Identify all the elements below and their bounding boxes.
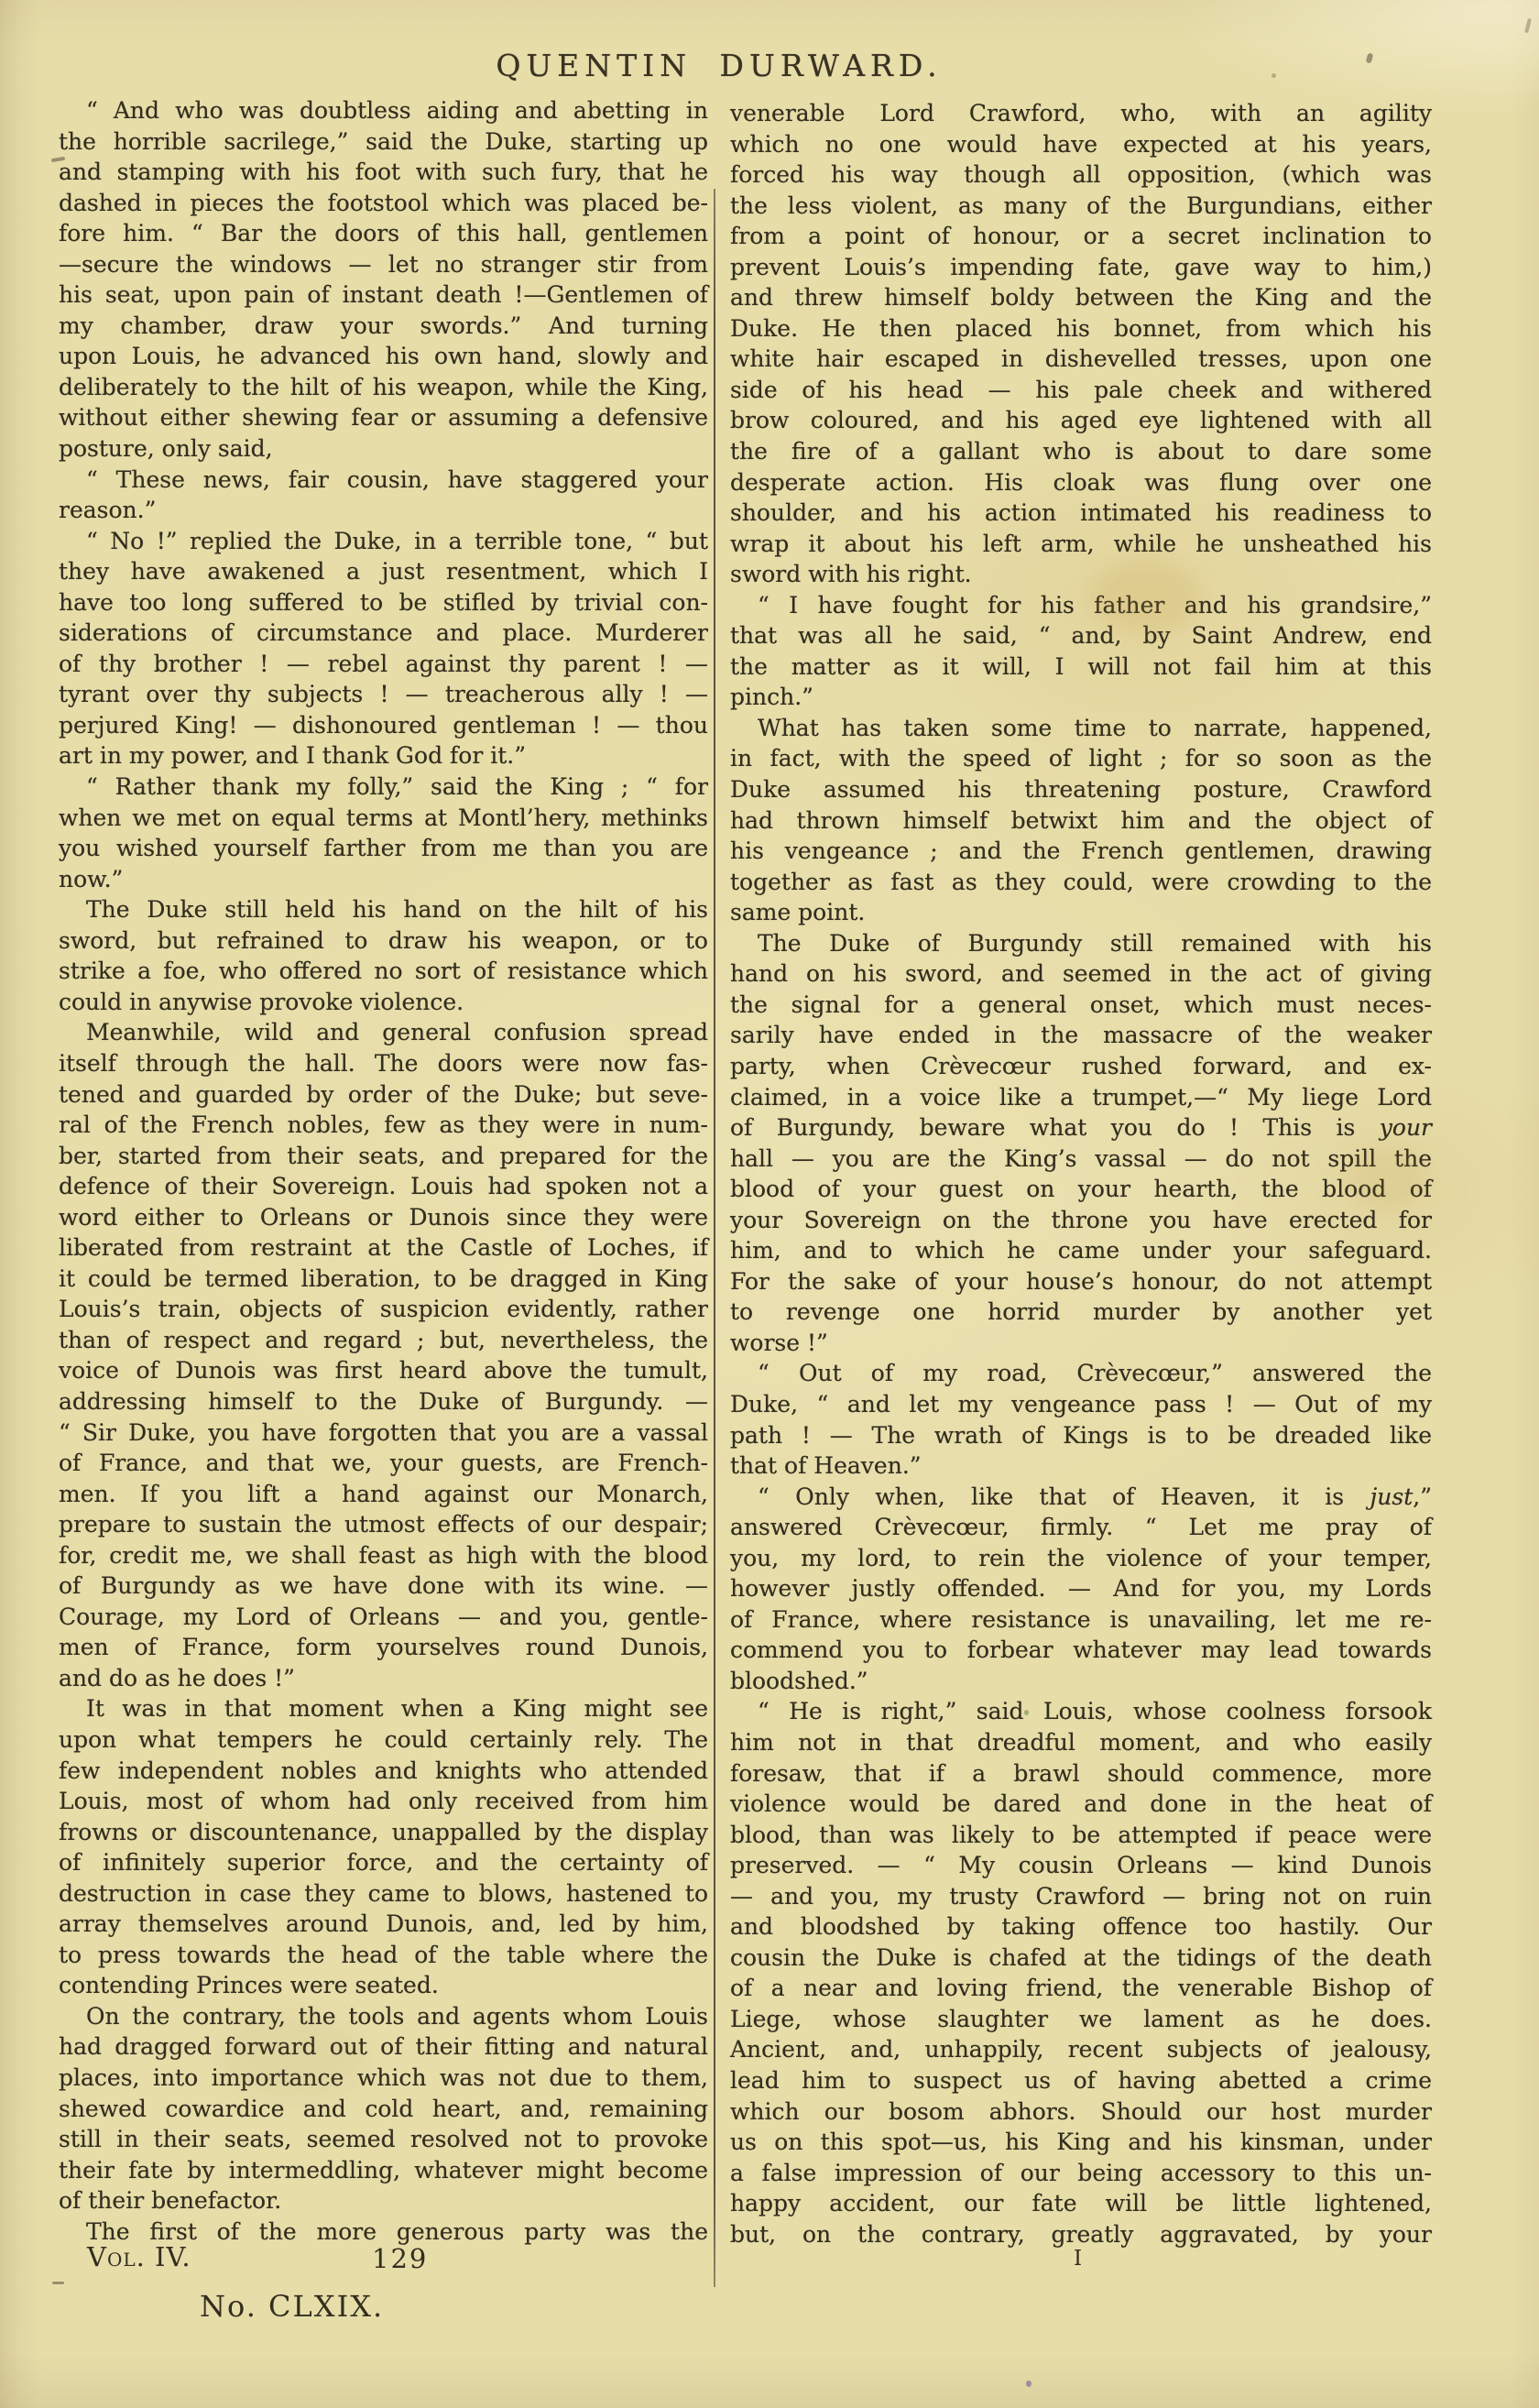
text-line: posture, only said, (59, 433, 708, 465)
text-line: commend you to forbear whatever may lead… (730, 1635, 1432, 1666)
text-line: art in my power, and I thank God for it.… (59, 740, 708, 772)
text-line: array themselves around Dunois, and, led… (59, 1909, 708, 1940)
text-line: had dragged forward out of their fitting… (59, 2031, 708, 2063)
text-line: his seat, upon pain of instant death !—G… (59, 279, 708, 311)
text-line: and stamping with his foot with such fur… (59, 157, 708, 188)
text-line: “ And who was doubtless aiding and abett… (59, 95, 708, 126)
text-line: ber, started from their seats, and prepa… (59, 1141, 708, 1172)
text-line: “ He is right,” said Louis, whose coolne… (730, 1696, 1432, 1727)
text-line: defence of their Sovereign. Louis had sp… (59, 1171, 708, 1202)
text-line: fore him. “ Bar the doors of this hall, … (59, 218, 708, 249)
text-line: my chamber, draw your swords.” And turni… (59, 311, 708, 342)
text-column-right: venerable Lord Crawford, who, with an ag… (730, 98, 1432, 2249)
text-line: could in anywise provoke violence. (59, 987, 708, 1018)
text-line: answered Crèvecœur, firmly. “ Let me pra… (730, 1512, 1432, 1543)
text-line: they have awakened a just resentment, wh… (59, 556, 708, 587)
text-line: cousin the Duke is chafed at the tidings… (730, 1943, 1432, 1974)
text-line: to revenge one horrid murder by another … (730, 1297, 1432, 1328)
text-line: blood of your guest on your hearth, the … (730, 1174, 1432, 1205)
text-line: What has taken some time to narrate, hap… (730, 713, 1432, 744)
text-line: sarily have ended in the massacre of the… (730, 1020, 1432, 1051)
text-line: of thy brother ! — rebel against thy par… (59, 649, 708, 680)
text-line: destruction in case they came to blows, … (59, 1878, 708, 1910)
text-line: that was all he said, “ and, by Saint An… (730, 620, 1432, 651)
corner-pen-mark (1524, 18, 1532, 33)
text-column-left: “ And who was doubtless aiding and abett… (59, 95, 708, 2247)
text-line: The Duke of Burgundy still remained with… (730, 928, 1432, 959)
text-line: of Burgundy, beware what you do ! This i… (730, 1112, 1432, 1144)
text-line: claimed, in a voice like a trumpet,—“ My… (730, 1082, 1432, 1113)
text-line: him not in that dreadful moment, and who… (730, 1727, 1432, 1758)
text-line: itself through the hall. The doors were … (59, 1048, 708, 1079)
text-line: in fact, with the speed of light ; for s… (730, 743, 1432, 774)
ink-mark (52, 2282, 64, 2284)
text-line: of France, where resistance is unavailin… (730, 1604, 1432, 1636)
ink-speck (1026, 2381, 1031, 2387)
text-line: places, into importance which was not du… (59, 2063, 708, 2094)
text-line: Duke, “ and let my vengeance pass ! — Ou… (730, 1389, 1432, 1420)
text-line: perjured King! — dishonoured gentleman !… (59, 710, 708, 741)
text-line: and threw himself boldy between the King… (730, 282, 1432, 313)
text-line: bloodshed.” (730, 1666, 1432, 1697)
issue-number: No. CLXIX. (200, 2289, 384, 2324)
text-line: the fire of a gallant who is about to da… (730, 436, 1432, 467)
text-line: word either to Orleans or Dunois since t… (59, 1202, 708, 1233)
text-line: worse !” (730, 1328, 1432, 1359)
text-line: It was in that moment when a King might … (59, 1693, 708, 1724)
text-line: reason.” (59, 495, 708, 526)
text-line: their fate by intermeddling, whatever mi… (59, 2155, 708, 2186)
text-line: frowns or discountenance, unappalled by … (59, 1817, 708, 1848)
text-line: Louis, most of whom had only received fr… (59, 1786, 708, 1817)
text-line: “ Rather thank my folly,” said the King … (59, 772, 708, 803)
text-line: shoulder, and his action intimated his r… (730, 498, 1432, 529)
text-line: of infinitely superior force, and the ce… (59, 1847, 708, 1878)
text-line: of a near and loving friend, the venerab… (730, 1973, 1432, 2004)
text-line: addressing himself to the Duke of Burgun… (59, 1386, 708, 1417)
text-line: sword with his right. (730, 559, 1432, 590)
text-line: sword, but refrained to draw his weapon,… (59, 925, 708, 957)
text-line: Ancient, and, unhappily, recent subjects… (730, 2034, 1432, 2065)
text-line: white hair escaped in dishevelled tresse… (730, 344, 1432, 375)
text-line: the matter as it will, I will not fail h… (730, 651, 1432, 683)
text-line: of their benefactor. (59, 2185, 708, 2216)
text-line: liberated from restraint at the Castle o… (59, 1232, 708, 1264)
text-line: your Sovereign on the throne you have er… (730, 1205, 1432, 1236)
book-page: QUENTIN DURWARD. “ And who was doubtless… (0, 0, 1539, 2408)
text-line: wrap it about his left arm, while he uns… (730, 529, 1432, 560)
text-line: blood, than was likely to be attempted i… (730, 1820, 1432, 1851)
text-line: the less violent, as many of the Burgund… (730, 191, 1432, 222)
text-line: violence would be dared and done in the … (730, 1789, 1432, 1820)
text-line: contending Princes were seated. (59, 1970, 708, 2001)
page-title: QUENTIN DURWARD. (0, 48, 1438, 83)
signature-mark: I (1074, 2247, 1082, 2271)
text-line: “ No !” replied the Duke, in a terrible … (59, 526, 708, 557)
text-line: —secure the windows — let no stranger st… (59, 249, 708, 280)
text-line: a false impression of our being accessor… (730, 2158, 1432, 2189)
text-line: Duke assumed his threatening posture, Cr… (730, 774, 1432, 805)
text-line: Louis’s train, objects of suspicion evid… (59, 1294, 708, 1325)
column-divider-rule (714, 189, 715, 2287)
text-line: him, and to which he came under your saf… (730, 1235, 1432, 1266)
text-line: Courage, my Lord of Orleans — and you, g… (59, 1602, 708, 1633)
text-line: have too long suffered to be stifled by … (59, 587, 708, 618)
text-line: foresaw, that if a brawl should commence… (730, 1758, 1432, 1790)
text-line: his vengeance ; and the French gentlemen… (730, 836, 1432, 867)
text-line: tened and guarded by order of the Duke; … (59, 1079, 708, 1111)
text-line: “ Out of my road, Crèvecœur,” answered t… (730, 1358, 1432, 1389)
text-line: path ! — The wrath of Kings is to be dre… (730, 1420, 1432, 1451)
text-line: dashed in pieces the footstool which was… (59, 188, 708, 219)
text-line: men. If you lift a hand against our Mona… (59, 1479, 708, 1510)
text-line: which no one would have expected at his … (730, 129, 1432, 160)
text-line: The Duke still held his hand on the hilt… (59, 894, 708, 925)
text-line: happy accident, our fate will be little … (730, 2188, 1432, 2219)
text-line: upon Louis, he advanced his own hand, sl… (59, 341, 708, 372)
text-line: and do as he does !” (59, 1663, 708, 1694)
text-line: of Burgundy as we have done with its win… (59, 1571, 708, 1602)
page-number: 129 (372, 2243, 428, 2274)
text-line: for, credit me, we shall feast as high w… (59, 1540, 708, 1571)
text-line: however justly offended. — And for you, … (730, 1573, 1432, 1604)
text-line: than of respect and regard ; but, nevert… (59, 1325, 708, 1356)
text-line: preserved. — “ My cousin Orleans — kind … (730, 1850, 1432, 1881)
text-line: “ Sir Duke, you have forgotten that you … (59, 1417, 708, 1449)
text-line: when we met on equal terms at Montl’hery… (59, 803, 708, 834)
text-line: the horrible sacrilege,” said the Duke, … (59, 126, 708, 158)
volume-label: Vol. IV. (87, 2241, 191, 2272)
text-line: you wished yourself farther from me than… (59, 833, 708, 864)
text-line: For the sake of your house’s honour, do … (730, 1266, 1432, 1297)
text-line: of France, and that we, your guests, are… (59, 1448, 708, 1479)
text-line: lead him to suspect us of having abetted… (730, 2065, 1432, 2096)
text-line: prepare to sustain the utmost effects of… (59, 1509, 708, 1540)
text-line: deliberately to the hilt of his weapon, … (59, 372, 708, 403)
text-line: side of his head — his pale cheek and wi… (730, 375, 1432, 406)
text-line: now.” (59, 864, 708, 895)
text-line: strike a foe, who offered no sort of res… (59, 956, 708, 987)
text-line: few independent nobles and knights who a… (59, 1756, 708, 1787)
text-line: ral of the French nobles, few as they we… (59, 1110, 708, 1141)
text-line: us on this spot—us, his King and his kin… (730, 2127, 1432, 2158)
text-line: forced his way though all opposition, (w… (730, 159, 1432, 191)
text-line: venerable Lord Crawford, who, with an ag… (730, 98, 1432, 129)
text-line: same point. (730, 897, 1432, 928)
text-line: party, when Crèvecœur rushed forward, an… (730, 1051, 1432, 1082)
text-line: hand on his sword, and seemed in the act… (730, 958, 1432, 990)
text-line: “ Only when, like that of Heaven, it is … (730, 1482, 1432, 1513)
text-line: prevent Louis’s impending fate, gave way… (730, 252, 1432, 283)
text-line: — and you, my trusty Crawford — bring no… (730, 1881, 1432, 1912)
text-line: siderations of circumstance and place. M… (59, 618, 708, 649)
text-line: On the contrary, the tools and agents wh… (59, 2001, 708, 2032)
text-line: without either shewing fear or assuming … (59, 402, 708, 433)
text-line: upon what tempers he could certainly rel… (59, 1724, 708, 1756)
text-line: to press towards the head of the table w… (59, 1940, 708, 1971)
text-line: that of Heaven.” (730, 1450, 1432, 1482)
text-line: the signal for a general onset, which mu… (730, 990, 1432, 1021)
text-line: Liege, whose slaughter we lament as he d… (730, 2004, 1432, 2035)
text-line: which our bosom abhors. Should our host … (730, 2096, 1432, 2128)
text-line: brow coloured, and his aged eye lightene… (730, 405, 1432, 436)
text-line: voice of Dunois was first heard above th… (59, 1355, 708, 1386)
text-line: “ I have fought for his father and his g… (730, 590, 1432, 621)
text-line: had thrown himself betwixt him and the o… (730, 805, 1432, 837)
text-line: but, on the contrary, greatly aggravated… (730, 2219, 1432, 2250)
text-line: tyrant over thy subjects ! — treacherous… (59, 679, 708, 710)
text-line: Meanwhile, wild and general confusion sp… (59, 1017, 708, 1048)
text-line: pinch.” (730, 682, 1432, 713)
text-line: hall — you are the King’s vassal — do no… (730, 1144, 1432, 1175)
text-line: “ These news, fair cousin, have staggere… (59, 465, 708, 496)
text-line: men of France, form yourselves round Dun… (59, 1632, 708, 1663)
text-line: it could be termed liberation, to be dra… (59, 1264, 708, 1295)
text-line: together as fast as they could, were cro… (730, 867, 1432, 898)
text-line: shewed cowardice and cold heart, and, re… (59, 2094, 708, 2125)
text-line: from a point of honour, or a secret incl… (730, 221, 1432, 252)
text-line: you, my lord, to rein the violence of yo… (730, 1543, 1432, 1574)
text-line: still in their seats, seemed resolved no… (59, 2124, 708, 2155)
text-line: and bloodshed by taking offence too hast… (730, 1911, 1432, 1943)
text-line: desperate action. His cloak was flung ov… (730, 467, 1432, 498)
text-line: Duke. He then placed his bonnet, from wh… (730, 313, 1432, 345)
